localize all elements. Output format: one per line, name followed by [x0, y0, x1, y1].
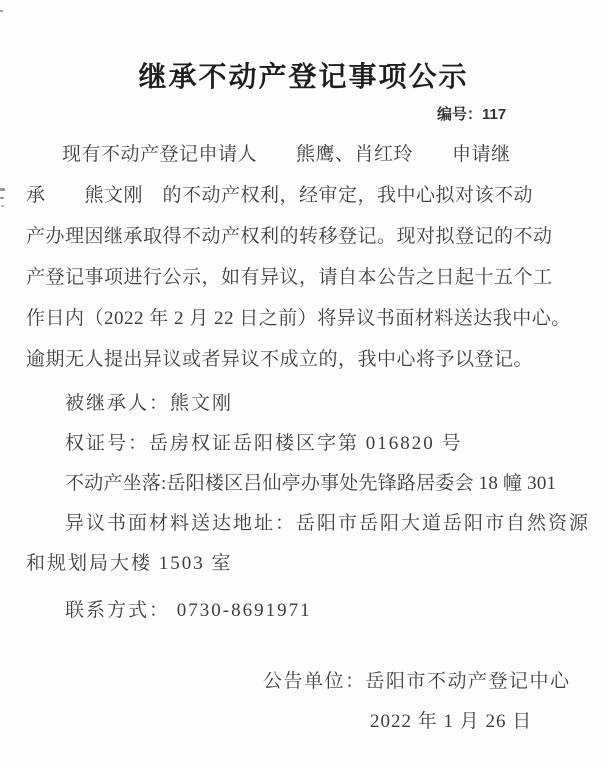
scan-speckle [0, 188, 5, 191]
detail-line-objection-address: 异议书面材料送达地址：岳阳市岳阳大道岳阳市自然资源 [26, 504, 581, 544]
body-line: 产办理因继承取得不动产权利的转移登记。现对拟登记的不动 [26, 216, 581, 257]
scanned-notice-page: 继承不动产登记事项公示 编号：117 现有不动产登记申请人 熊鹰、肖红玲 申请继… [0, 0, 607, 768]
body-line: 产登记事项进行公示，如有异议，请自本公告之日起十五个工 [26, 257, 581, 298]
detail-line-decedent: 被继承人：熊文刚 [26, 384, 581, 424]
footer-issuing-unit: 公告单位：岳阳市不动产登记中心 [263, 662, 581, 702]
scan-speckle [0, 197, 4, 199]
footer-date: 2022 年 1 月 26 日 [370, 702, 581, 742]
detail-line-certificate-number: 权证号：岳房权证岳阳楼区字第 016820 号 [26, 424, 581, 464]
detail-section: 被继承人：熊文刚 权证号：岳房权证岳阳楼区字第 016820 号 不动产坐落:岳… [26, 384, 581, 631]
footer-section: 公告单位：岳阳市不动产登记中心 2022 年 1 月 26 日 [26, 662, 581, 742]
scan-speckle [0, 10, 3, 12]
body-line: 逾期无人提出异议或者异议不成立的，我中心将予以登记。 [26, 339, 581, 380]
detail-line-contact-phone: 联系方式： 0730-8691971 [26, 591, 581, 631]
body-line: 承 熊文刚 的不动产权利，经审定，我中心拟对该不动 [26, 175, 581, 216]
doc-number: 编号：117 [437, 104, 581, 126]
detail-line-property-location: 不动产坐落:岳阳楼区吕仙亭办事处先锋路居委会 18 幢 301 [26, 464, 581, 504]
body-line: 作日内（2022 年 2 月 22 日之前）将异议书面材料送达我中心。 [26, 298, 581, 339]
scan-speckle [1, 205, 4, 207]
notice-content: 继承不动产登记事项公示 编号：117 现有不动产登记申请人 熊鹰、肖红玲 申请继… [0, 0, 607, 742]
body-line: 现有不动产登记申请人 熊鹰、肖红玲 申请继 [26, 134, 581, 175]
notice-title: 继承不动产登记事项公示 [26, 0, 581, 94]
body-paragraph: 现有不动产登记申请人 熊鹰、肖红玲 申请继 承 熊文刚 的不动产权利，经审定，我… [26, 134, 581, 380]
detail-line-objection-address-cont: 和规划局大楼 1503 室 [26, 544, 581, 584]
